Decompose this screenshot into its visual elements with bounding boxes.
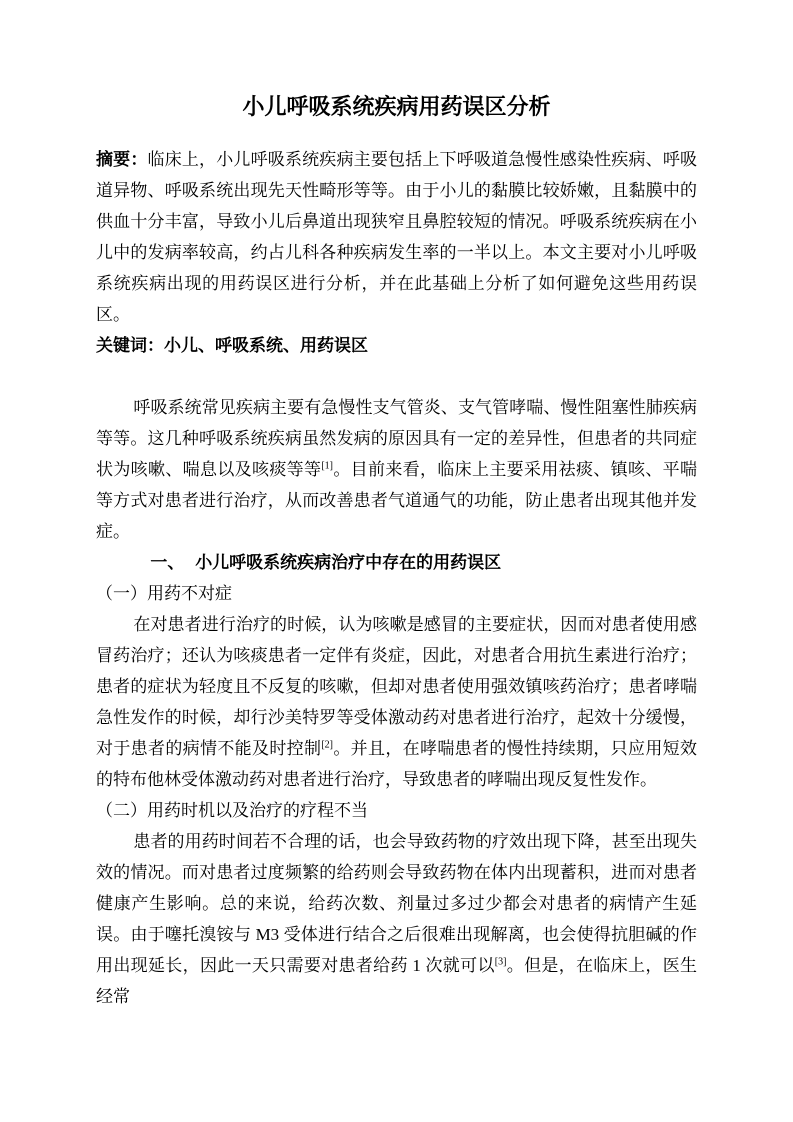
keywords-label: 关键词： xyxy=(96,336,164,355)
subsection2-text-1: 患者的用药时间若不合理的话，也会导致药物的疗效出现下降，甚至出现失效的情况。而对… xyxy=(96,832,697,975)
subsection2-paragraph: 患者的用药时间若不合理的话，也会导致药物的疗效出现下降，甚至出现失效的情况。而对… xyxy=(96,826,697,1012)
document-title: 小儿呼吸系统疾病用药误区分析 xyxy=(96,90,697,124)
abstract-text: 临床上，小儿呼吸系统疾病主要包括上下呼吸道急慢性感染性疾病、呼吸道异物、呼吸系统… xyxy=(96,150,697,324)
intro-paragraph: 呼吸系统常见疾病主要有急慢性支气管炎、支气管哮喘、慢性阻塞性肺疾病等等。这几种呼… xyxy=(96,392,697,547)
subsection2-heading: （二）用药时机以及治疗的疗程不当 xyxy=(96,795,697,826)
blank-line xyxy=(96,361,697,392)
abstract-paragraph: 摘要：临床上，小儿呼吸系统疾病主要包括上下呼吸道急慢性感染性疾病、呼吸道异物、呼… xyxy=(96,144,697,330)
subsection1-text-1: 在对患者进行治疗的时候，认为咳嗽是感冒的主要症状，因而对患者使用感冒药治疗；还认… xyxy=(96,615,697,758)
subsection1-paragraph: 在对患者进行治疗的时候，认为咳嗽是感冒的主要症状，因而对患者使用感冒药治疗；还认… xyxy=(96,609,697,795)
abstract-label: 摘要： xyxy=(96,150,148,169)
section1-number: 一、 xyxy=(123,547,195,578)
citation-ref-2: [2] xyxy=(321,739,333,750)
section1-heading-text: 小儿呼吸系统疾病治疗中存在的用药误区 xyxy=(195,553,501,572)
citation-ref-3: [3] xyxy=(495,956,507,967)
citation-ref-1: [1] xyxy=(321,460,333,471)
section1-heading: 一、小儿呼吸系统疾病治疗中存在的用药误区 xyxy=(96,547,697,578)
keywords-line: 关键词：小儿、呼吸系统、用药误区 xyxy=(96,330,697,361)
document-page: 小儿呼吸系统疾病用药误区分析 摘要：临床上，小儿呼吸系统疾病主要包括上下呼吸道急… xyxy=(0,0,793,1122)
subsection1-heading: （一）用药不对症 xyxy=(96,578,697,609)
keywords-text: 小儿、呼吸系统、用药误区 xyxy=(164,336,368,355)
